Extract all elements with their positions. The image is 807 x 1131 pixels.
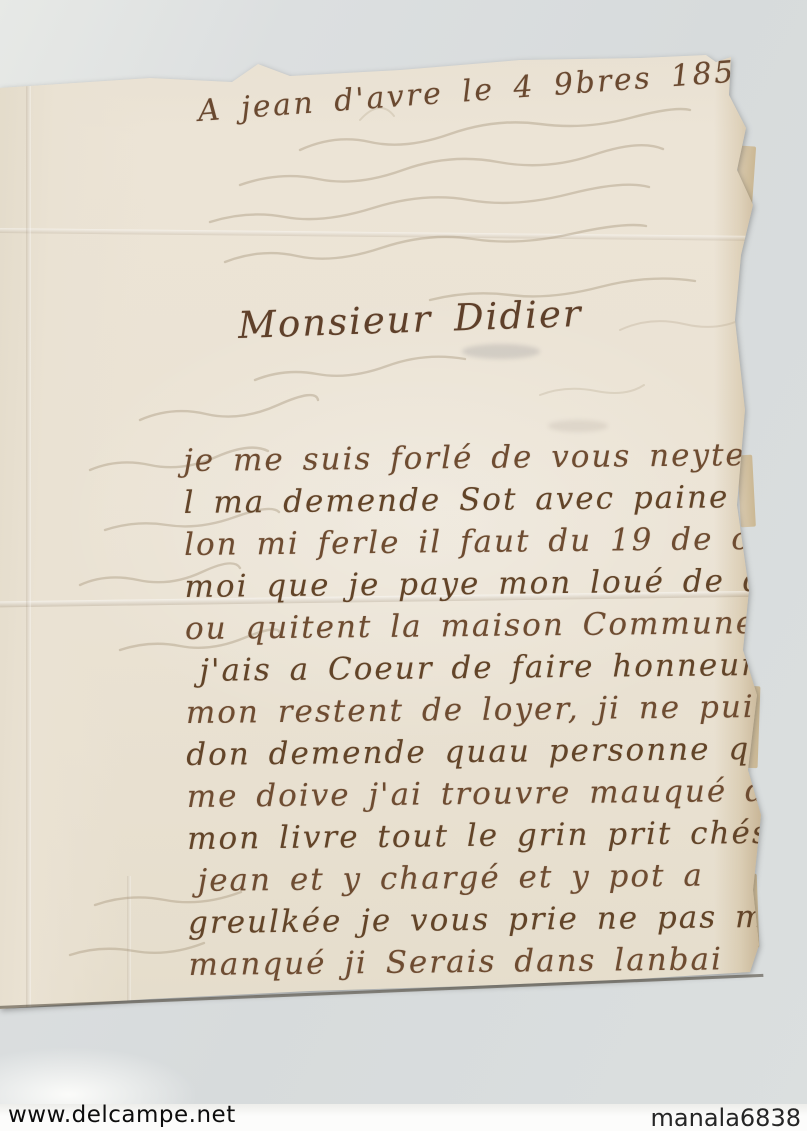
fold-crease-horizontal-upper (0, 228, 762, 241)
letter-salutation: Monsieur Didier (237, 292, 583, 347)
fold-crease-vertical-lower (127, 876, 131, 1006)
handwritten-line: lon mi ferle il faut du 19 de ce (184, 517, 807, 566)
scan-background: A jean d'avre le 4 9bres 1851 Monsieur D… (0, 0, 807, 1131)
ink-smudge (548, 420, 608, 432)
handwritten-line: l ma demende Sot avec paine mai (183, 475, 807, 524)
handwritten-line: je me suis forlé de vous neytere (183, 433, 807, 482)
letter-paper-wrapper: A jean d'avre le 4 9bres 1851 Monsieur D… (0, 0, 807, 1131)
ink-smudge (462, 344, 540, 359)
delcampe-watermark: www.delcampe.net (8, 1102, 236, 1128)
handwritten-line: j'ais a Coeur de faire honneur a (199, 643, 807, 691)
letter-body: je me suis forlé de vous neyterel ma dem… (183, 433, 807, 986)
letter-dateline: A jean d'avre le 4 9bres 1851 (197, 53, 759, 129)
handwritten-line: greulkée je vous prie ne pas me (188, 895, 807, 944)
handwritten-line: moi que je paye mon loué de dei (184, 559, 807, 608)
handwritten-line: don demende quau personne q (186, 727, 807, 776)
handwritten-line: ou quitent la maison Commune (185, 601, 807, 650)
handwritten-line: me doive j'ai trouvre mauqué d (187, 769, 807, 818)
handwritten-line: mon livre tout le grin prit chés (187, 811, 807, 860)
seller-watermark: manala6838 (651, 1104, 801, 1131)
fold-crease-vertical-left (26, 84, 31, 1009)
handwritten-line: mon restent de loyer, ji ne puis (186, 685, 807, 734)
handwritten-line: jean et y chargé et y pot a (197, 853, 807, 901)
letter-paper: A jean d'avre le 4 9bres 1851 Monsieur D… (0, 0, 807, 1131)
